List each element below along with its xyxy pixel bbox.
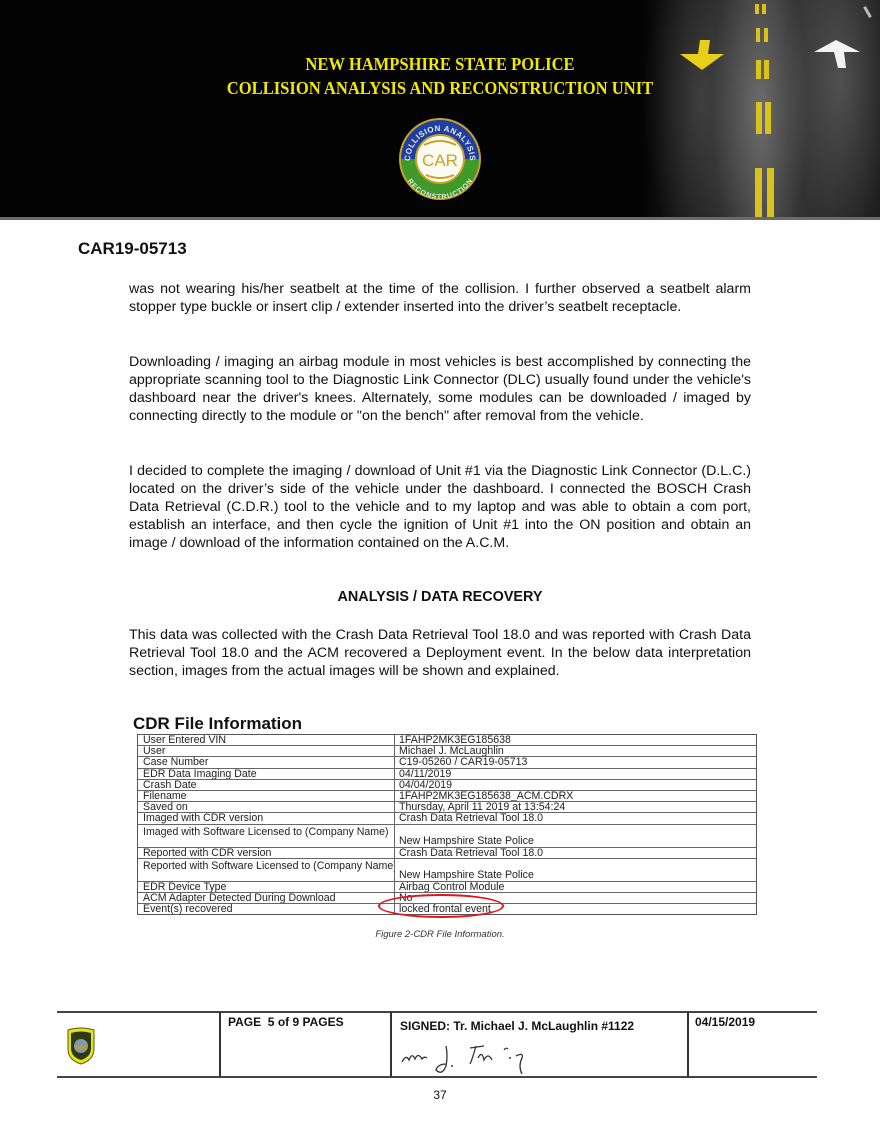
table-row: Reported with CDR versionCrash Data Retr…: [138, 848, 756, 859]
footer-divider: [219, 1012, 221, 1077]
table-row: EDR Data Imaging Date04/11/2019: [138, 769, 756, 780]
table-cell-label: User: [138, 746, 395, 756]
figure-caption: Figure 2-CDR File Information.: [0, 929, 880, 940]
table-row: EDR Device TypeAirbag Control Module: [138, 882, 756, 893]
lane-marking: [767, 168, 774, 220]
table-cell-value: 04/04/2019: [395, 780, 756, 790]
page-current: 5: [268, 1015, 275, 1029]
footer-divider: [687, 1012, 689, 1077]
cdr-info-table: User Entered VIN1FAHP2MK3EG185638UserMic…: [137, 734, 757, 915]
svg-text:CAR: CAR: [422, 151, 458, 170]
table-row: Imaged with CDR versionCrash Data Retrie…: [138, 813, 756, 824]
table-cell-value: Crash Data Retrieval Tool 18.0: [395, 848, 756, 858]
page-indicator: PAGE 5 of 9 PAGES: [228, 1015, 344, 1029]
table-cell-value: Crash Data Retrieval Tool 18.0: [395, 813, 756, 823]
lane-marking: [756, 28, 760, 42]
header-banner: NEW HAMPSHIRE STATE POLICE COLLISION ANA…: [0, 0, 880, 220]
table-cell-value: New Hampshire State Police: [395, 825, 756, 847]
table-cell-label: EDR Device Type: [138, 882, 395, 892]
table-row: Crash Date04/04/2019: [138, 780, 756, 791]
case-id: CAR19-05713: [78, 239, 187, 259]
table-cell-label: Filename: [138, 791, 395, 801]
footer-rule-top: [57, 1011, 817, 1013]
table-cell-label: User Entered VIN: [138, 735, 395, 745]
banner-title-agency: NEW HAMPSHIRE STATE POLICE: [35, 54, 845, 75]
page-label-suffix: of 9 PAGES: [278, 1015, 344, 1029]
table-cell-value: Michael J. McLaughlin: [395, 746, 756, 756]
highlight-circle-annotation: [378, 894, 504, 918]
table-cell-value: Thursday, April 11 2019 at 13:54:24: [395, 802, 756, 812]
section-heading: ANALYSIS / DATA RECOVERY: [129, 589, 751, 605]
table-cell-label: Saved on: [138, 802, 395, 812]
table-cell-value: 1FAHP2MK3EG185638: [395, 735, 756, 745]
lane-marking: [764, 28, 768, 42]
footer-divider: [390, 1012, 392, 1077]
table-cell-label: Event(s) recovered: [138, 904, 395, 914]
cdr-table-title: CDR File Information: [133, 714, 302, 734]
table-row: User Entered VIN1FAHP2MK3EG185638: [138, 735, 756, 746]
signed-date: 04/15/2019: [695, 1015, 755, 1029]
table-cell-value: C19-05260 / CAR19-05713: [395, 757, 756, 767]
table-row: UserMichael J. McLaughlin: [138, 746, 756, 757]
table-cell-label: Imaged with CDR version: [138, 813, 395, 823]
nh-state-police-badge-icon: [66, 1027, 96, 1065]
table-cell-label: Reported with CDR version: [138, 848, 395, 858]
handwritten-signature: [400, 1036, 560, 1076]
lane-marking: [755, 4, 759, 14]
paragraph: I decided to complete the imaging / down…: [129, 462, 751, 552]
footer-rule-bottom: [57, 1076, 817, 1078]
banner-title-unit: COLLISION ANALYSIS AND RECONSTRUCTION UN…: [35, 78, 845, 99]
paragraph: was not wearing his/her seatbelt at the …: [129, 280, 751, 316]
lane-marking: [755, 168, 762, 220]
table-cell-value: 04/11/2019: [395, 769, 756, 779]
page-number: 37: [0, 1088, 880, 1102]
car-unit-seal-icon: COLLISION ANALYSIS RECONSTRUCTION CAR: [398, 117, 482, 201]
lane-marking: [765, 102, 771, 134]
table-cell-label: Reported with Software Licensed to (Comp…: [138, 859, 395, 881]
table-row: Imaged with Software Licensed to (Compan…: [138, 825, 756, 848]
page-label-prefix: PAGE: [228, 1015, 261, 1029]
table-row: Saved onThursday, April 11 2019 at 13:54…: [138, 802, 756, 813]
table-cell-label: EDR Data Imaging Date: [138, 769, 395, 779]
table-cell-label: ACM Adapter Detected During Download: [138, 893, 395, 903]
paragraph: This data was collected with the Crash D…: [129, 626, 751, 680]
table-row: Case NumberC19-05260 / CAR19-05713: [138, 757, 756, 768]
banner-divider: [0, 217, 880, 220]
paragraph: Downloading / imaging an airbag module i…: [129, 353, 751, 425]
table-cell-value: New Hampshire State Police: [395, 859, 756, 881]
signed-by: SIGNED: Tr. Michael J. McLaughlin #1122: [400, 1019, 634, 1033]
lane-marking: [756, 102, 762, 134]
table-cell-value: 1FAHP2MK3EG185638_ACM.CDRX: [395, 791, 756, 801]
table-row: Filename1FAHP2MK3EG185638_ACM.CDRX: [138, 791, 756, 802]
table-cell-label: Crash Date: [138, 780, 395, 790]
table-cell-label: Imaged with Software Licensed to (Compan…: [138, 825, 395, 847]
table-cell-label: Case Number: [138, 757, 395, 767]
lane-marking: [762, 4, 766, 14]
table-row: Reported with Software Licensed to (Comp…: [138, 859, 756, 882]
table-cell-value: Airbag Control Module: [395, 882, 756, 892]
